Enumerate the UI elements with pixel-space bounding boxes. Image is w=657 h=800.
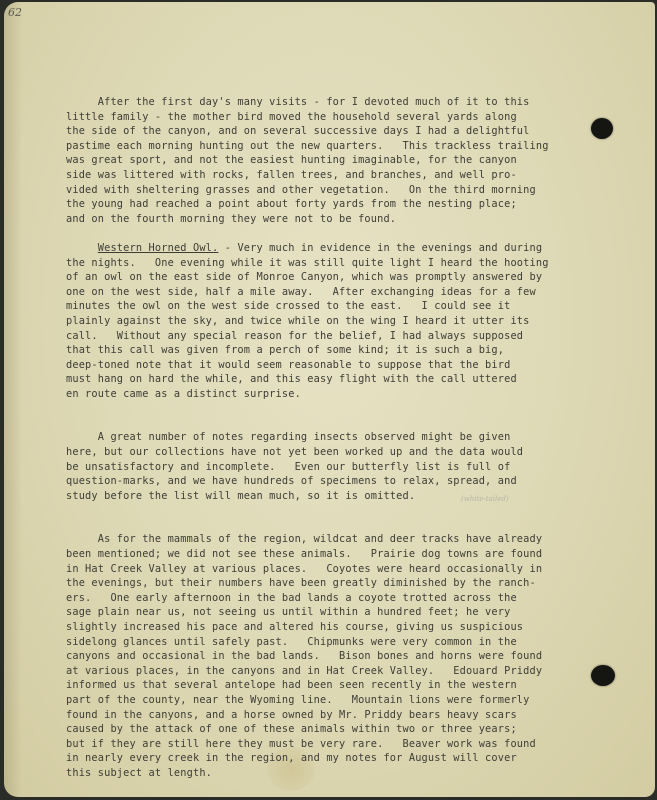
text-line: little family - the mother bird moved th… <box>66 110 626 125</box>
paragraph-mammals: As for the mammals of the region, wildca… <box>66 532 626 780</box>
text-line: pastime each morning hunting out the new… <box>66 139 626 154</box>
text-line: slightly increased his pace and altered … <box>66 620 626 635</box>
text-line: the evenings, but their numbers have bee… <box>66 576 626 591</box>
text-line: canyons and occasional in the bad lands.… <box>66 649 626 664</box>
text-line: call. Without any special reason for the… <box>66 329 626 344</box>
text-line: study before the list will mean much, so… <box>66 489 626 504</box>
paragraph-insects: A great number of notes regarding insect… <box>66 430 626 503</box>
paragraph-nest-moving: After the first day's many visits - for … <box>66 95 626 226</box>
text-line: at various places, in the canyons and in… <box>66 664 626 679</box>
text-line: A great number of notes regarding insect… <box>66 430 626 445</box>
text-line: vided with sheltering grasses and other … <box>66 183 626 198</box>
text-line: been mentioned; we did not see these ani… <box>66 547 626 562</box>
text-line: in Hat Creek Valley at various places. C… <box>66 562 626 577</box>
text-line: sage plain near us, not seeing us until … <box>66 605 626 620</box>
text-line: one on the west side, half a mile away. … <box>66 285 626 300</box>
text-line: here, but our collections have not yet b… <box>66 445 626 460</box>
text-line: this subject at length. <box>66 766 626 781</box>
text-line: in nearly every creek in the region, and… <box>66 751 626 766</box>
text-line: As for the mammals of the region, wildca… <box>66 532 626 547</box>
typed-text-body: After the first day's many visits - for … <box>66 95 626 781</box>
text-line: deep-toned note that it would seem reaso… <box>66 358 626 373</box>
text-line: part of the county, near the Wyoming lin… <box>66 693 626 708</box>
text-line: question-marks, and we have hundreds of … <box>66 474 626 489</box>
text-line: must hang on hard the while, and this ea… <box>66 372 626 387</box>
text-line: sidelong glances until safely past. Chip… <box>66 635 626 650</box>
text-line: Western Horned Owl. - Very much in evide… <box>66 241 626 256</box>
text-line: the young had reached a point about fort… <box>66 197 626 212</box>
text-line: minutes the owl on the west side crossed… <box>66 299 626 314</box>
text-line: the side of the canyon, and on several s… <box>66 124 626 139</box>
species-heading: Western Horned Owl. <box>98 242 219 254</box>
text-line: and on the fourth morning they were not … <box>66 212 626 227</box>
text-line: en route came as a distinct surprise. <box>66 387 626 402</box>
text-line: of an owl on the east side of Monroe Can… <box>66 270 626 285</box>
text-line: plainly against the sky, and twice while… <box>66 314 626 329</box>
text-line: was great sport, and not the easiest hun… <box>66 153 626 168</box>
document-page: 62 (white-tailed) After the first day's … <box>4 2 655 797</box>
paragraph-horned-owl: Western Horned Owl. - Very much in evide… <box>66 241 626 402</box>
text-line: but if they are still here they must be … <box>66 737 626 752</box>
text-line: be unsatisfactory and incomplete. Even o… <box>66 460 626 475</box>
page-number: 62 <box>8 6 22 19</box>
text-line: side was littered with rocks, fallen tre… <box>66 168 626 183</box>
text-line: ers. One early afternoon in the bad land… <box>66 591 626 606</box>
text-line: informed us that several antelope had be… <box>66 678 626 693</box>
text-line: caused by the attack of one of these ani… <box>66 722 626 737</box>
text-line: After the first day's many visits - for … <box>66 95 626 110</box>
text-line: that this call was given from a perch of… <box>66 343 626 358</box>
text-line: found in the canyons, and a horse owned … <box>66 708 626 723</box>
text-line: the nights. One evening while it was sti… <box>66 256 626 271</box>
